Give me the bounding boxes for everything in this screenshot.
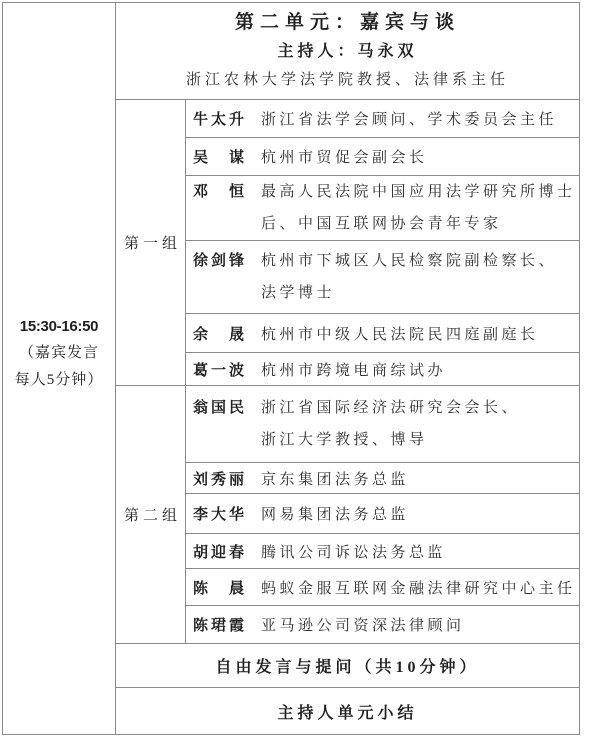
speaker-row: 翁国民 浙江省国际经济法研究会会长、 浙江大学教授、博导	[186, 386, 579, 463]
speaker-desc: 杭州市贸促会副会长	[261, 146, 579, 167]
speaker-row: 徐剑锋 杭州市下城区人民检察院副检察长、 法学博士	[186, 241, 579, 314]
agenda-table: 15:30-16:50 （嘉宾发言 每人5分钟） 第二单元：嘉宾与谈 主持人：马…	[2, 2, 580, 735]
speaker-name: 陈 晨	[193, 577, 261, 598]
speaker-row: 陈 晨 蚂蚁金服互联网金融法律研究中心主任	[186, 569, 579, 606]
speaker-name: 葛一波	[193, 359, 261, 380]
speaker-name: 李大华	[193, 503, 261, 524]
speaker-row: 余 晟 杭州市中级人民法院民四庭副庭长	[186, 314, 579, 353]
group-2-row: 第二组 翁国民 浙江省国际经济法研究会会长、 浙江大学教授、博导 刘秀丽 京东集…	[116, 386, 579, 644]
speaker-row: 葛一波 杭州市跨境电商综试办	[186, 353, 579, 385]
free-discussion-row: 自由发言与提问（共10分钟）	[116, 644, 579, 688]
unit-host: 主持人：马永双	[277, 37, 417, 66]
speaker-desc: 杭州市中级人民法院民四庭副庭长	[261, 323, 579, 344]
speaker-name: 徐剑锋	[193, 245, 261, 309]
time-cell: 15:30-16:50 （嘉宾发言 每人5分钟）	[3, 3, 116, 734]
group-2-speakers: 翁国民 浙江省国际经济法研究会会长、 浙江大学教授、博导 刘秀丽 京东集团法务总…	[186, 386, 579, 643]
group-2-label: 第二组	[116, 386, 186, 643]
group-1-speakers: 牛太升 浙江省法学会顾问、学术委员会主任 吴 谋 杭州市贸促会副会长 邓 恒 最…	[186, 100, 579, 385]
host-summary-label: 主持人单元小结	[277, 700, 417, 723]
unit-title: 第二单元：嘉宾与谈	[235, 9, 460, 37]
group-1-label: 第一组	[116, 100, 186, 385]
speaker-name: 余 晟	[193, 323, 261, 344]
speaker-name: 翁国民	[193, 392, 261, 456]
speaker-desc: 浙江省法学会顾问、学术委员会主任	[261, 108, 579, 129]
speaker-row: 吴 谋 杭州市贸促会副会长	[186, 138, 579, 176]
speaker-name: 吴 谋	[193, 146, 261, 167]
speaker-desc: 杭州市下城区人民检察院副检察长、 法学博士	[261, 245, 579, 309]
speaker-name: 陈珺霞	[193, 614, 261, 635]
time-note-line1: （嘉宾发言	[19, 340, 99, 367]
speaker-desc: 蚂蚁金服互联网金融法律研究中心主任	[261, 577, 579, 598]
speaker-row: 牛太升 浙江省法学会顾问、学术委员会主任	[186, 100, 579, 138]
speaker-row: 李大华 网易集团法务总监	[186, 494, 579, 534]
session-content: 第二单元：嘉宾与谈 主持人：马永双 浙江农林大学法学院教授、法律系主任 第一组 …	[116, 3, 579, 734]
speaker-desc: 网易集团法务总监	[261, 503, 579, 524]
time-note-line2: 每人5分钟）	[15, 367, 104, 394]
speaker-name: 刘秀丽	[193, 468, 261, 489]
group-1-row: 第一组 牛太升 浙江省法学会顾问、学术委员会主任 吴 谋 杭州市贸促会副会长 邓…	[116, 100, 579, 386]
unit-host-title: 浙江农林大学法学院教授、法律系主任	[186, 66, 509, 94]
speaker-desc: 最高人民法院中国应用法学研究所博士 后、中国互联网协会青年专家	[261, 176, 579, 240]
speaker-desc: 京东集团法务总监	[261, 468, 579, 489]
time-range: 15:30-16:50	[20, 313, 98, 340]
speaker-desc: 杭州市跨境电商综试办	[261, 359, 579, 380]
speaker-row: 陈珺霞 亚马逊公司资深法律顾问	[186, 606, 579, 643]
free-discussion-label: 自由发言与提问（共10分钟）	[215, 654, 479, 677]
speaker-name: 邓 恒	[193, 176, 261, 240]
speaker-desc: 腾讯公司诉讼法务总监	[261, 541, 579, 562]
speaker-row: 胡迎春 腾讯公司诉讼法务总监	[186, 534, 579, 569]
speaker-name: 牛太升	[193, 108, 261, 129]
speaker-desc: 浙江省国际经济法研究会会长、 浙江大学教授、博导	[261, 392, 579, 456]
speaker-name: 胡迎春	[193, 541, 261, 562]
speaker-row: 刘秀丽 京东集团法务总监	[186, 463, 579, 494]
session-header: 第二单元：嘉宾与谈 主持人：马永双 浙江农林大学法学院教授、法律系主任	[116, 3, 579, 100]
speaker-desc: 亚马逊公司资深法律顾问	[261, 614, 579, 635]
host-summary-row: 主持人单元小结	[116, 688, 579, 734]
speaker-row: 邓 恒 最高人民法院中国应用法学研究所博士 后、中国互联网协会青年专家	[186, 176, 579, 241]
